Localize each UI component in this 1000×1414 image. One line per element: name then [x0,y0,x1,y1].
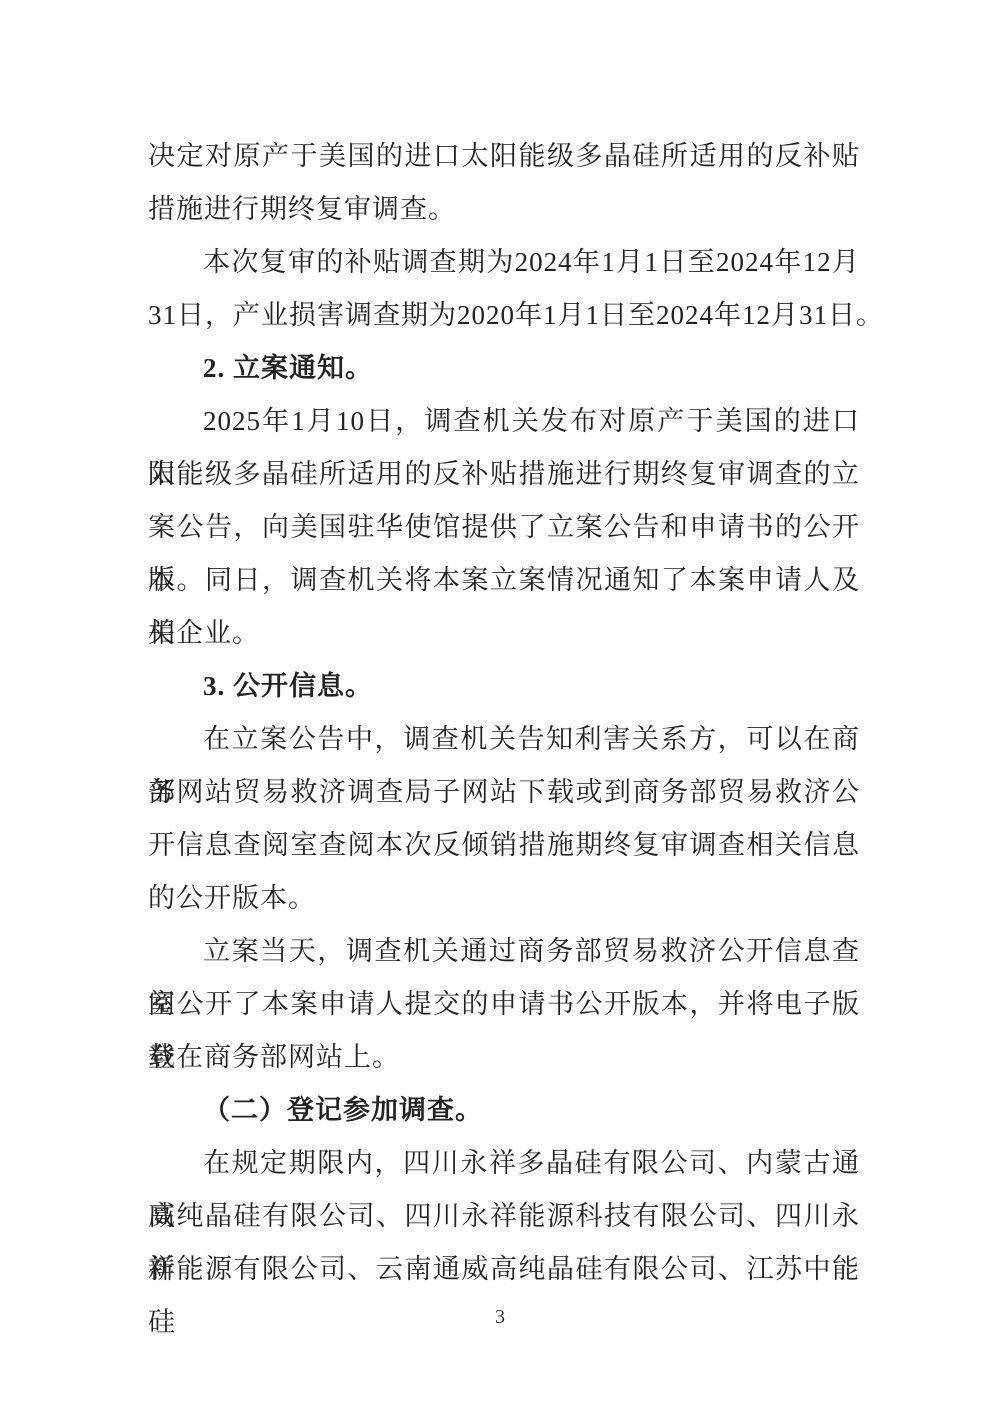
text-line: 高纯晶硅有限公司、四川永祥能源科技有限公司、四川永祥 [148,1190,860,1243]
text-line: 决定对原产于美国的进口太阳能级多晶硅所适用的反补贴 [148,130,860,183]
heading-line: （二）登记参加调查。 [148,1084,860,1137]
text-line: 本。同日，调查机关将本案立案情况通知了本案申请人及相 [148,554,860,607]
text-line: 案公告，向美国驻华使馆提供了立案公告和申请书的公开版 [148,501,860,554]
text-line: 在规定期限内，四川永祥多晶硅有限公司、内蒙古通威 [148,1137,860,1190]
text-line: 本次复审的补贴调查期为2024年1月1日至2024年12月 [148,236,860,289]
text-line: 2025年1月10日，调查机关发布对原产于美国的进口太 [148,395,860,448]
document-page: 决定对原产于美国的进口太阳能级多晶硅所适用的反补贴措施进行期终复审调查。本次复审… [0,0,1000,1414]
text-line: 新能源有限公司、云南通威高纯晶硅有限公司、江苏中能硅 [148,1243,860,1296]
text-line: 31日，产业损害调查期为2020年1月1日至2024年12月31日。 [148,289,860,342]
text-line: 措施进行期终复审调查。 [148,183,860,236]
document-body: 决定对原产于美国的进口太阳能级多晶硅所适用的反补贴措施进行期终复审调查。本次复审… [148,130,860,1296]
text-line: 关企业。 [148,607,860,660]
heading-line: 2. 立案通知。 [148,342,860,395]
heading-line: 3. 公开信息。 [148,660,860,713]
page-number: 3 [0,1303,1000,1331]
text-line: 部网站贸易救济调查局子网站下载或到商务部贸易救济公 [148,766,860,819]
text-line: 立案当天，调查机关通过商务部贸易救济公开信息查阅 [148,925,860,978]
text-line: 的公开版本。 [148,872,860,925]
text-line: 开信息查阅室查阅本次反倾销措施期终复审调查相关信息 [148,819,860,872]
text-line: 室公开了本案申请人提交的申请书公开版本，并将电子版登 [148,978,860,1031]
text-line: 在立案公告中，调查机关告知利害关系方，可以在商务 [148,713,860,766]
text-line: 载在商务部网站上。 [148,1031,860,1084]
text-line: 阳能级多晶硅所适用的反补贴措施进行期终复审调查的立 [148,448,860,501]
